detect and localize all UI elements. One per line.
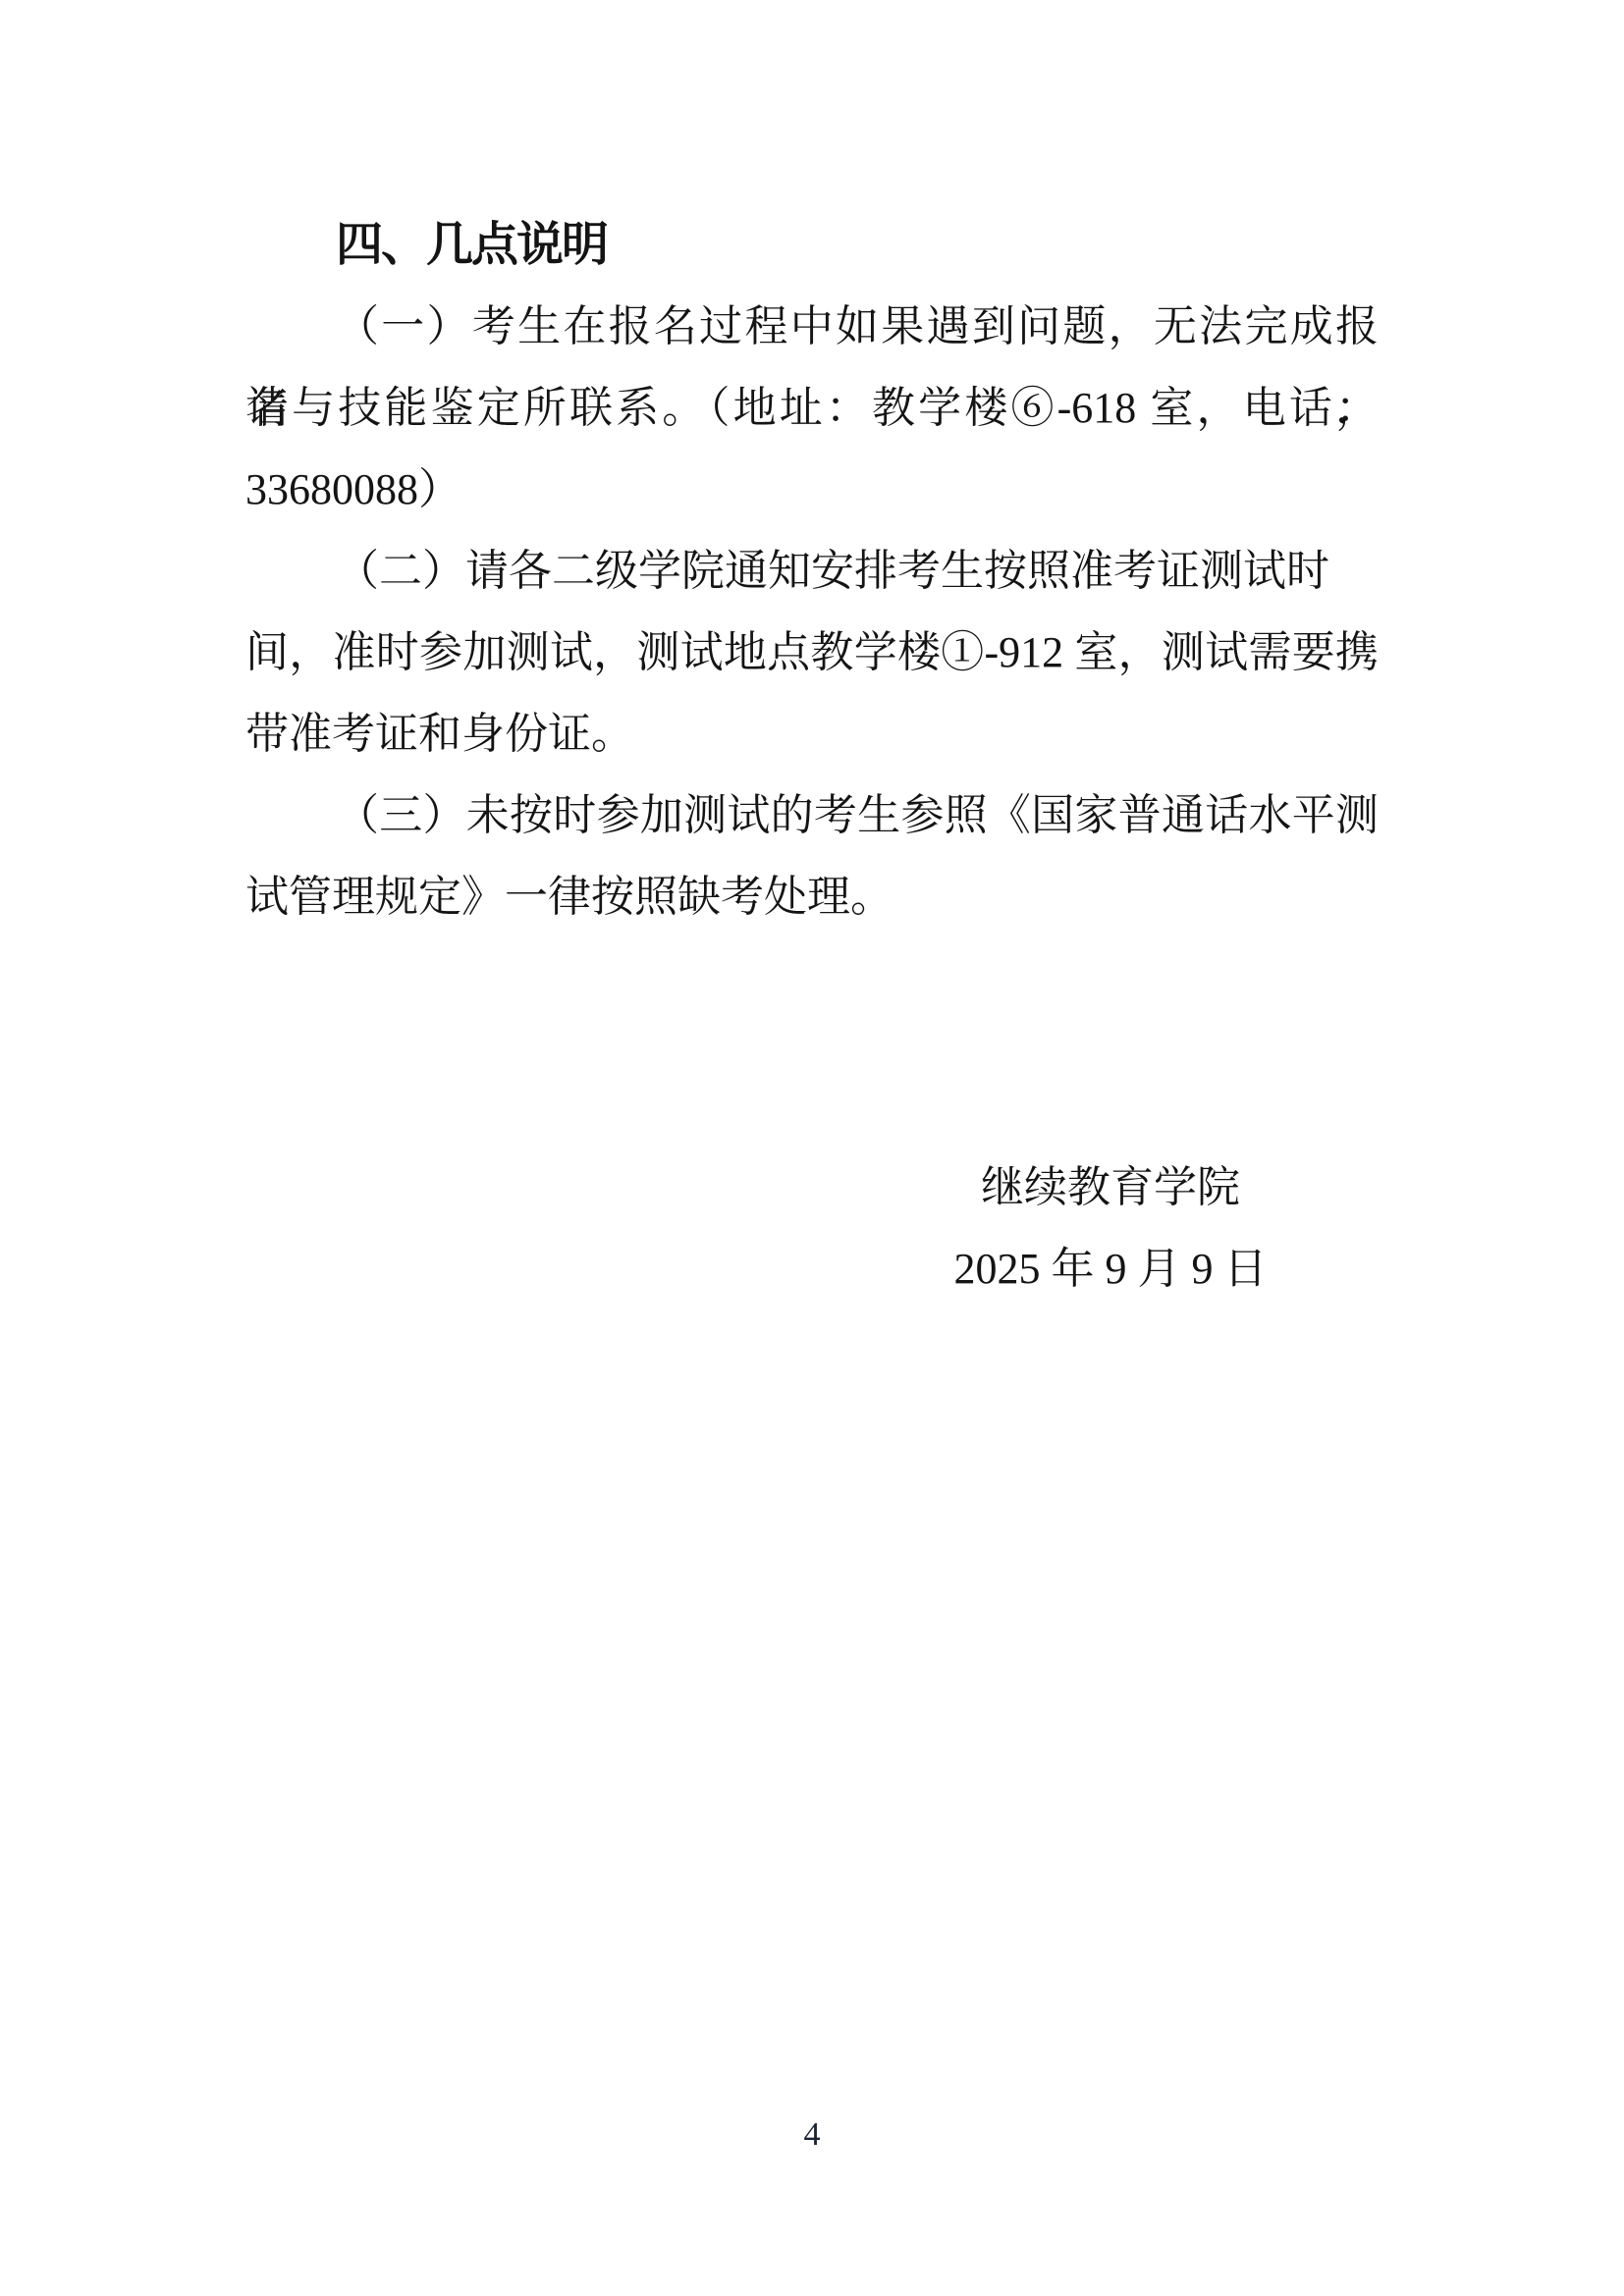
paragraph-2-line-1: （二）请各二级学院通知安排考生按照准考证测试时 bbox=[245, 530, 1379, 612]
document-page: 四、几点说明 （一）考生在报名过程中如果遇到问题，无法完成报名， 请与技能鉴定所… bbox=[0, 0, 1624, 2296]
signature-date: 2025 年 9 月 9 日 bbox=[842, 1228, 1379, 1309]
paragraph-2-line-2: 间，准时参加测试，测试地点教学楼①-912 室，测试需要携 bbox=[245, 612, 1379, 693]
document-body: 四、几点说明 （一）考生在报名过程中如果遇到问题，无法完成报名， 请与技能鉴定所… bbox=[245, 204, 1379, 1309]
signature-block: 继续教育学院 2025 年 9 月 9 日 bbox=[842, 1147, 1379, 1309]
paragraph-1-line-2: 请与技能鉴定所联系。（地址：教学楼⑥-618 室，电话： bbox=[245, 367, 1379, 449]
paragraph-1-line-1: （一）考生在报名过程中如果遇到问题，无法完成报名， bbox=[245, 286, 1379, 367]
section-heading: 四、几点说明 bbox=[245, 204, 1379, 286]
paragraph-3-line-2: 试管理规定》一律按照缺考处理。 bbox=[245, 856, 1379, 937]
paragraph-1-line-3: 33680088） bbox=[245, 449, 1379, 530]
paragraph-2-line-3: 带准考证和身份证。 bbox=[245, 693, 1379, 774]
paragraph-3-line-1: （三）未按时参加测试的考生参照《国家普通话水平测 bbox=[245, 774, 1379, 856]
signature-organization: 继续教育学院 bbox=[842, 1147, 1379, 1228]
page-number: 4 bbox=[0, 2112, 1624, 2158]
